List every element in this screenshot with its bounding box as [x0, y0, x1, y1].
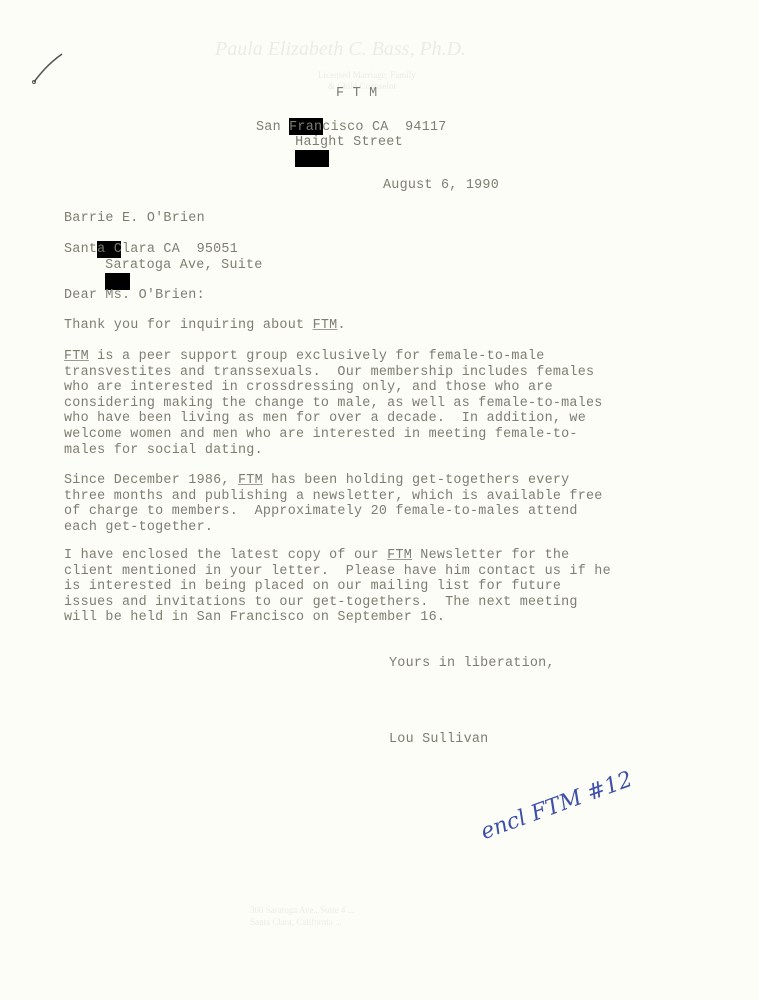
- letter-page: Paula Elizabeth C. Bass, Ph.D. Licensed …: [0, 0, 759, 1000]
- letterhead-city: San Francisco CA 94117: [256, 120, 447, 135]
- recipient-street: Saratoga Ave, Suite: [105, 258, 262, 273]
- p3-line: of charge to members. Approximately 20 f…: [64, 504, 578, 519]
- paragraph-3: Since December 1986, FTM has been holdin…: [64, 473, 603, 535]
- ftm-underlined: FTM: [64, 349, 89, 364]
- ghost-footer-line1: 300 Saratoga Ave., Suite 4 ...: [250, 905, 354, 915]
- p1-text: Thank you for inquiring about: [64, 318, 313, 333]
- paragraph-2: FTM is a peer support group exclusively …: [64, 349, 603, 458]
- paragraph-4: I have enclosed the latest copy of our F…: [64, 548, 611, 626]
- letterhead-org: F T M: [336, 86, 377, 101]
- paragraph-1: Thank you for inquiring about FTM.: [64, 318, 346, 333]
- ghost-letterhead-line1: Licensed Marriage, Family: [318, 70, 416, 80]
- ftm-underlined: FTM: [238, 473, 263, 488]
- p2-line: transvestites and transsexuals. Our memb…: [64, 365, 594, 380]
- letterhead-street-line: Haight Street: [256, 103, 403, 182]
- recipient-name: Barrie E. O'Brien: [64, 211, 205, 226]
- p2-line: males for social dating.: [64, 443, 263, 458]
- p3-line: three months and publishing a newsletter…: [64, 489, 603, 504]
- ghost-footer-line2: Santa Clara, California ...: [250, 917, 342, 927]
- recipient-city: Santa Clara CA 95051: [64, 242, 238, 257]
- p4-text: I have enclosed the latest copy of our: [64, 548, 387, 563]
- redaction-block: [295, 150, 329, 167]
- pen-mark-icon: [30, 50, 70, 90]
- p4-line: will be held in San Francisco on Septemb…: [64, 610, 445, 625]
- p4-line: issues and invitations to our get-togeth…: [64, 595, 578, 610]
- ftm-underlined: FTM: [387, 548, 412, 563]
- p4-line: client mentioned in your letter. Please …: [64, 564, 611, 579]
- closing: Yours in liberation,: [389, 656, 555, 671]
- p3-line: has been holding get-togethers every: [263, 473, 570, 488]
- letter-date: August 6, 1990: [383, 178, 499, 193]
- p4-line: Newsletter for the: [412, 548, 569, 563]
- signature: Lou Sullivan: [389, 732, 488, 747]
- salutation: Dear Ms. O'Brien:: [64, 288, 205, 303]
- p2-line: is a peer support group exclusively for …: [89, 349, 545, 364]
- ftm-underlined: FTM: [313, 318, 338, 333]
- p3-line: each get-together.: [64, 520, 213, 535]
- p3-text: Since December 1986,: [64, 473, 238, 488]
- letterhead-street: Haight Street: [295, 135, 403, 150]
- p2-line: who have been living as men for over a d…: [64, 411, 586, 426]
- p2-line: considering making the change to male, a…: [64, 396, 603, 411]
- handwritten-note: encl FTM #12: [477, 767, 635, 845]
- ghost-letterhead-name: Paula Elizabeth C. Bass, Ph.D.: [215, 38, 466, 61]
- p4-line: is interested in being placed on our mai…: [64, 579, 561, 594]
- p2-line: who are interested in crossdressing only…: [64, 380, 553, 395]
- p1-end: .: [337, 318, 345, 333]
- p2-line: welcome women and men who are interested…: [64, 427, 578, 442]
